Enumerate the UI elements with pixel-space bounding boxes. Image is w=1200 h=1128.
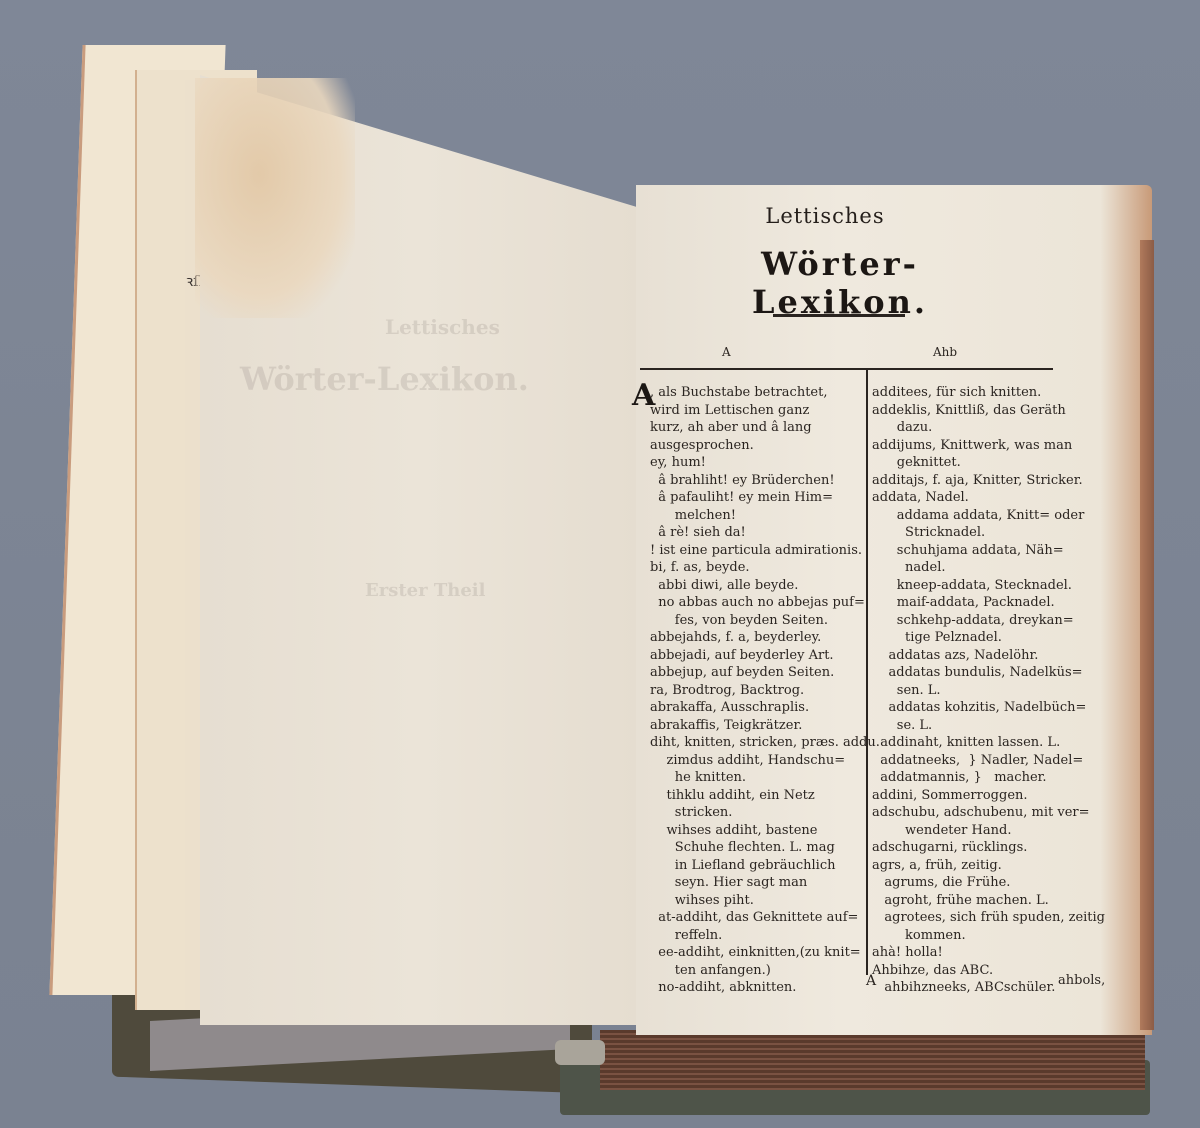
dictionary-entry-line: bi, f. as, beyde. xyxy=(650,559,860,577)
dictionary-entry-line: tige Pelznadel. xyxy=(872,629,1132,647)
dictionary-entry-line: ey, hum! xyxy=(650,454,860,472)
dictionary-entry-line: no-addiht, abknitten. xyxy=(650,979,860,997)
ghost-footer: Erster Theil xyxy=(365,580,485,601)
dictionary-entry-line: maif-addata, Packnadel. xyxy=(872,594,1132,612)
dictionary-entry-line: kommen. xyxy=(872,927,1132,945)
dictionary-entry-line: addatas azs, Nadelöhr. xyxy=(872,647,1132,665)
frayed-spine xyxy=(555,1040,605,1065)
dictionary-entry-line: abbejup, auf beyden Seiten. xyxy=(650,664,860,682)
dictionary-entry-line: â pafauliht! ey mein Him= xyxy=(650,489,860,507)
dictionary-entry-line: adschugarni, rücklings. xyxy=(872,839,1132,857)
ghost-title-line2: Wörter-Lexikon. xyxy=(240,360,529,398)
dictionary-entry-line: , als Buchstabe betrachtet, xyxy=(650,384,860,402)
page-title: Wörter-Lexikon. xyxy=(680,245,1000,321)
dictionary-entry-line: melchen! xyxy=(650,507,860,525)
water-stain xyxy=(195,78,355,318)
dictionary-entry-line: addinaht, knitten lassen. L. xyxy=(872,734,1132,752)
right-page-edge xyxy=(1140,240,1154,1030)
dictionary-entry-line: seyn. Hier sagt man xyxy=(650,874,860,892)
dictionary-entry-line: wihses piht. xyxy=(650,892,860,910)
header-rule xyxy=(640,368,1053,370)
signature-mark: A xyxy=(866,973,876,989)
dictionary-entry-line: addeklis, Knittliß, das Geräth xyxy=(872,402,1132,420)
dictionary-entry-line: addatmannis, } macher. xyxy=(872,769,1132,787)
dictionary-entry-line: ten anfangen.) xyxy=(650,962,860,980)
dictionary-entry-line: ee-addiht, einknitten,(zu knit= xyxy=(650,944,860,962)
dictionary-entry-line: schkehp-addata, dreykan= xyxy=(872,612,1132,630)
dictionary-entry-line: addama addata, Knitt= oder xyxy=(872,507,1132,525)
dictionary-entry-line: agrotees, sich früh spuden, zeitig xyxy=(872,909,1132,927)
dictionary-entry-line: â brahliht! ey Brüderchen! xyxy=(650,472,860,490)
dictionary-entry-line: ahà! holla! xyxy=(872,944,1132,962)
dictionary-entry-line: ra, Brodtrog, Backtrog. xyxy=(650,682,860,700)
column-head-right: Ahb xyxy=(933,345,957,359)
dictionary-entry-line: Stricknadel. xyxy=(872,524,1132,542)
dictionary-entry-line: se. L. xyxy=(872,717,1132,735)
dictionary-entry-line: tihklu addiht, ein Netz xyxy=(650,787,860,805)
dictionary-entry-line: at-addiht, das Geknittete auf= xyxy=(650,909,860,927)
dictionary-entry-line: kurz, ah aber und â lang xyxy=(650,419,860,437)
dictionary-entry-line: he knitten. xyxy=(650,769,860,787)
dictionary-entry-line: addini, Sommerroggen. xyxy=(872,787,1132,805)
dictionary-entry-line: ! ist eine particula admirationis. xyxy=(650,542,860,560)
dictionary-entry-line: dazu. xyxy=(872,419,1132,437)
title-rule xyxy=(773,314,905,317)
dictionary-entry-line: agrs, a, früh, zeitig. xyxy=(872,857,1132,875)
dictionary-entry-line: diht, knitten, stricken, præs. addu. xyxy=(650,734,860,752)
dictionary-entry-line: addatneeks, } Nadler, Nadel= xyxy=(872,752,1132,770)
dictionary-entry-line: zimdus addiht, Handschu= xyxy=(650,752,860,770)
dictionary-entry-line: abrakaffis, Teigkrätzer. xyxy=(650,717,860,735)
dictionary-entry-line: addatas bundulis, Nadelküs= xyxy=(872,664,1132,682)
dictionary-entry-line: no abbas auch no abbejas puf= xyxy=(650,594,860,612)
column-head-left: A xyxy=(722,345,731,359)
dictionary-entry-line: wendeter Hand. xyxy=(872,822,1132,840)
dictionary-entry-line: Schuhe flechten. L. mag xyxy=(650,839,860,857)
page-block-edge xyxy=(600,1030,1145,1090)
dictionary-entry-line: fes, von beyden Seiten. xyxy=(650,612,860,630)
dictionary-entry-line: â rè! sieh da! xyxy=(650,524,860,542)
dictionary-entry-line: geknittet. xyxy=(872,454,1132,472)
dictionary-entry-line: addatas kohzitis, Nadelbüch= xyxy=(872,699,1132,717)
dictionary-entry-line: additees, für sich knitten. xyxy=(872,384,1132,402)
column-divider xyxy=(866,370,868,975)
dictionary-entry-line: in Liefland gebräuchlich xyxy=(650,857,860,875)
ghost-title-line1: Lettisches xyxy=(385,315,500,339)
dictionary-column-right: additees, für sich knitten.addeklis, Kni… xyxy=(872,384,1132,997)
dictionary-entry-line: wird im Lettischen ganz xyxy=(650,402,860,420)
dictionary-entry-line: addata, Nadel. xyxy=(872,489,1132,507)
dictionary-entry-line: sen. L. xyxy=(872,682,1132,700)
dictionary-entry-line: agrums, die Frühe. xyxy=(872,874,1132,892)
dictionary-entry-line: abbejahds, f. a, beyderley. xyxy=(650,629,860,647)
dictionary-entry-line: abbi diwi, alle beyde. xyxy=(650,577,860,595)
dictionary-entry-line: schuhjama addata, Näh= xyxy=(872,542,1132,560)
dictionary-entry-line: adschubu, adschubenu, mit ver= xyxy=(872,804,1132,822)
dictionary-entry-line: agroht, frühe machen. L. xyxy=(872,892,1132,910)
dictionary-entry-line: additajs, f. aja, Knitter, Stricker. xyxy=(872,472,1132,490)
dictionary-entry-line: reffeln. xyxy=(650,927,860,945)
dictionary-entry-line: abrakaffa, Ausschraplis. xyxy=(650,699,860,717)
dictionary-entry-line: ausgesprochen. xyxy=(650,437,860,455)
dictionary-entry-line: nadel. xyxy=(872,559,1132,577)
running-title: Lettisches xyxy=(760,204,890,228)
dictionary-entry-line: kneep-addata, Stecknadel. xyxy=(872,577,1132,595)
dictionary-entry-line: abbejadi, auf beyderley Art. xyxy=(650,647,860,665)
catchword: ahbols, xyxy=(1058,973,1105,988)
dictionary-column-left: , als Buchstabe betrachtet,wird im Letti… xyxy=(650,384,860,997)
dictionary-entry-line: addijums, Knittwerk, was man xyxy=(872,437,1132,455)
dictionary-entry-line: stricken. xyxy=(650,804,860,822)
dictionary-entry-line: wihses addiht, bastene xyxy=(650,822,860,840)
